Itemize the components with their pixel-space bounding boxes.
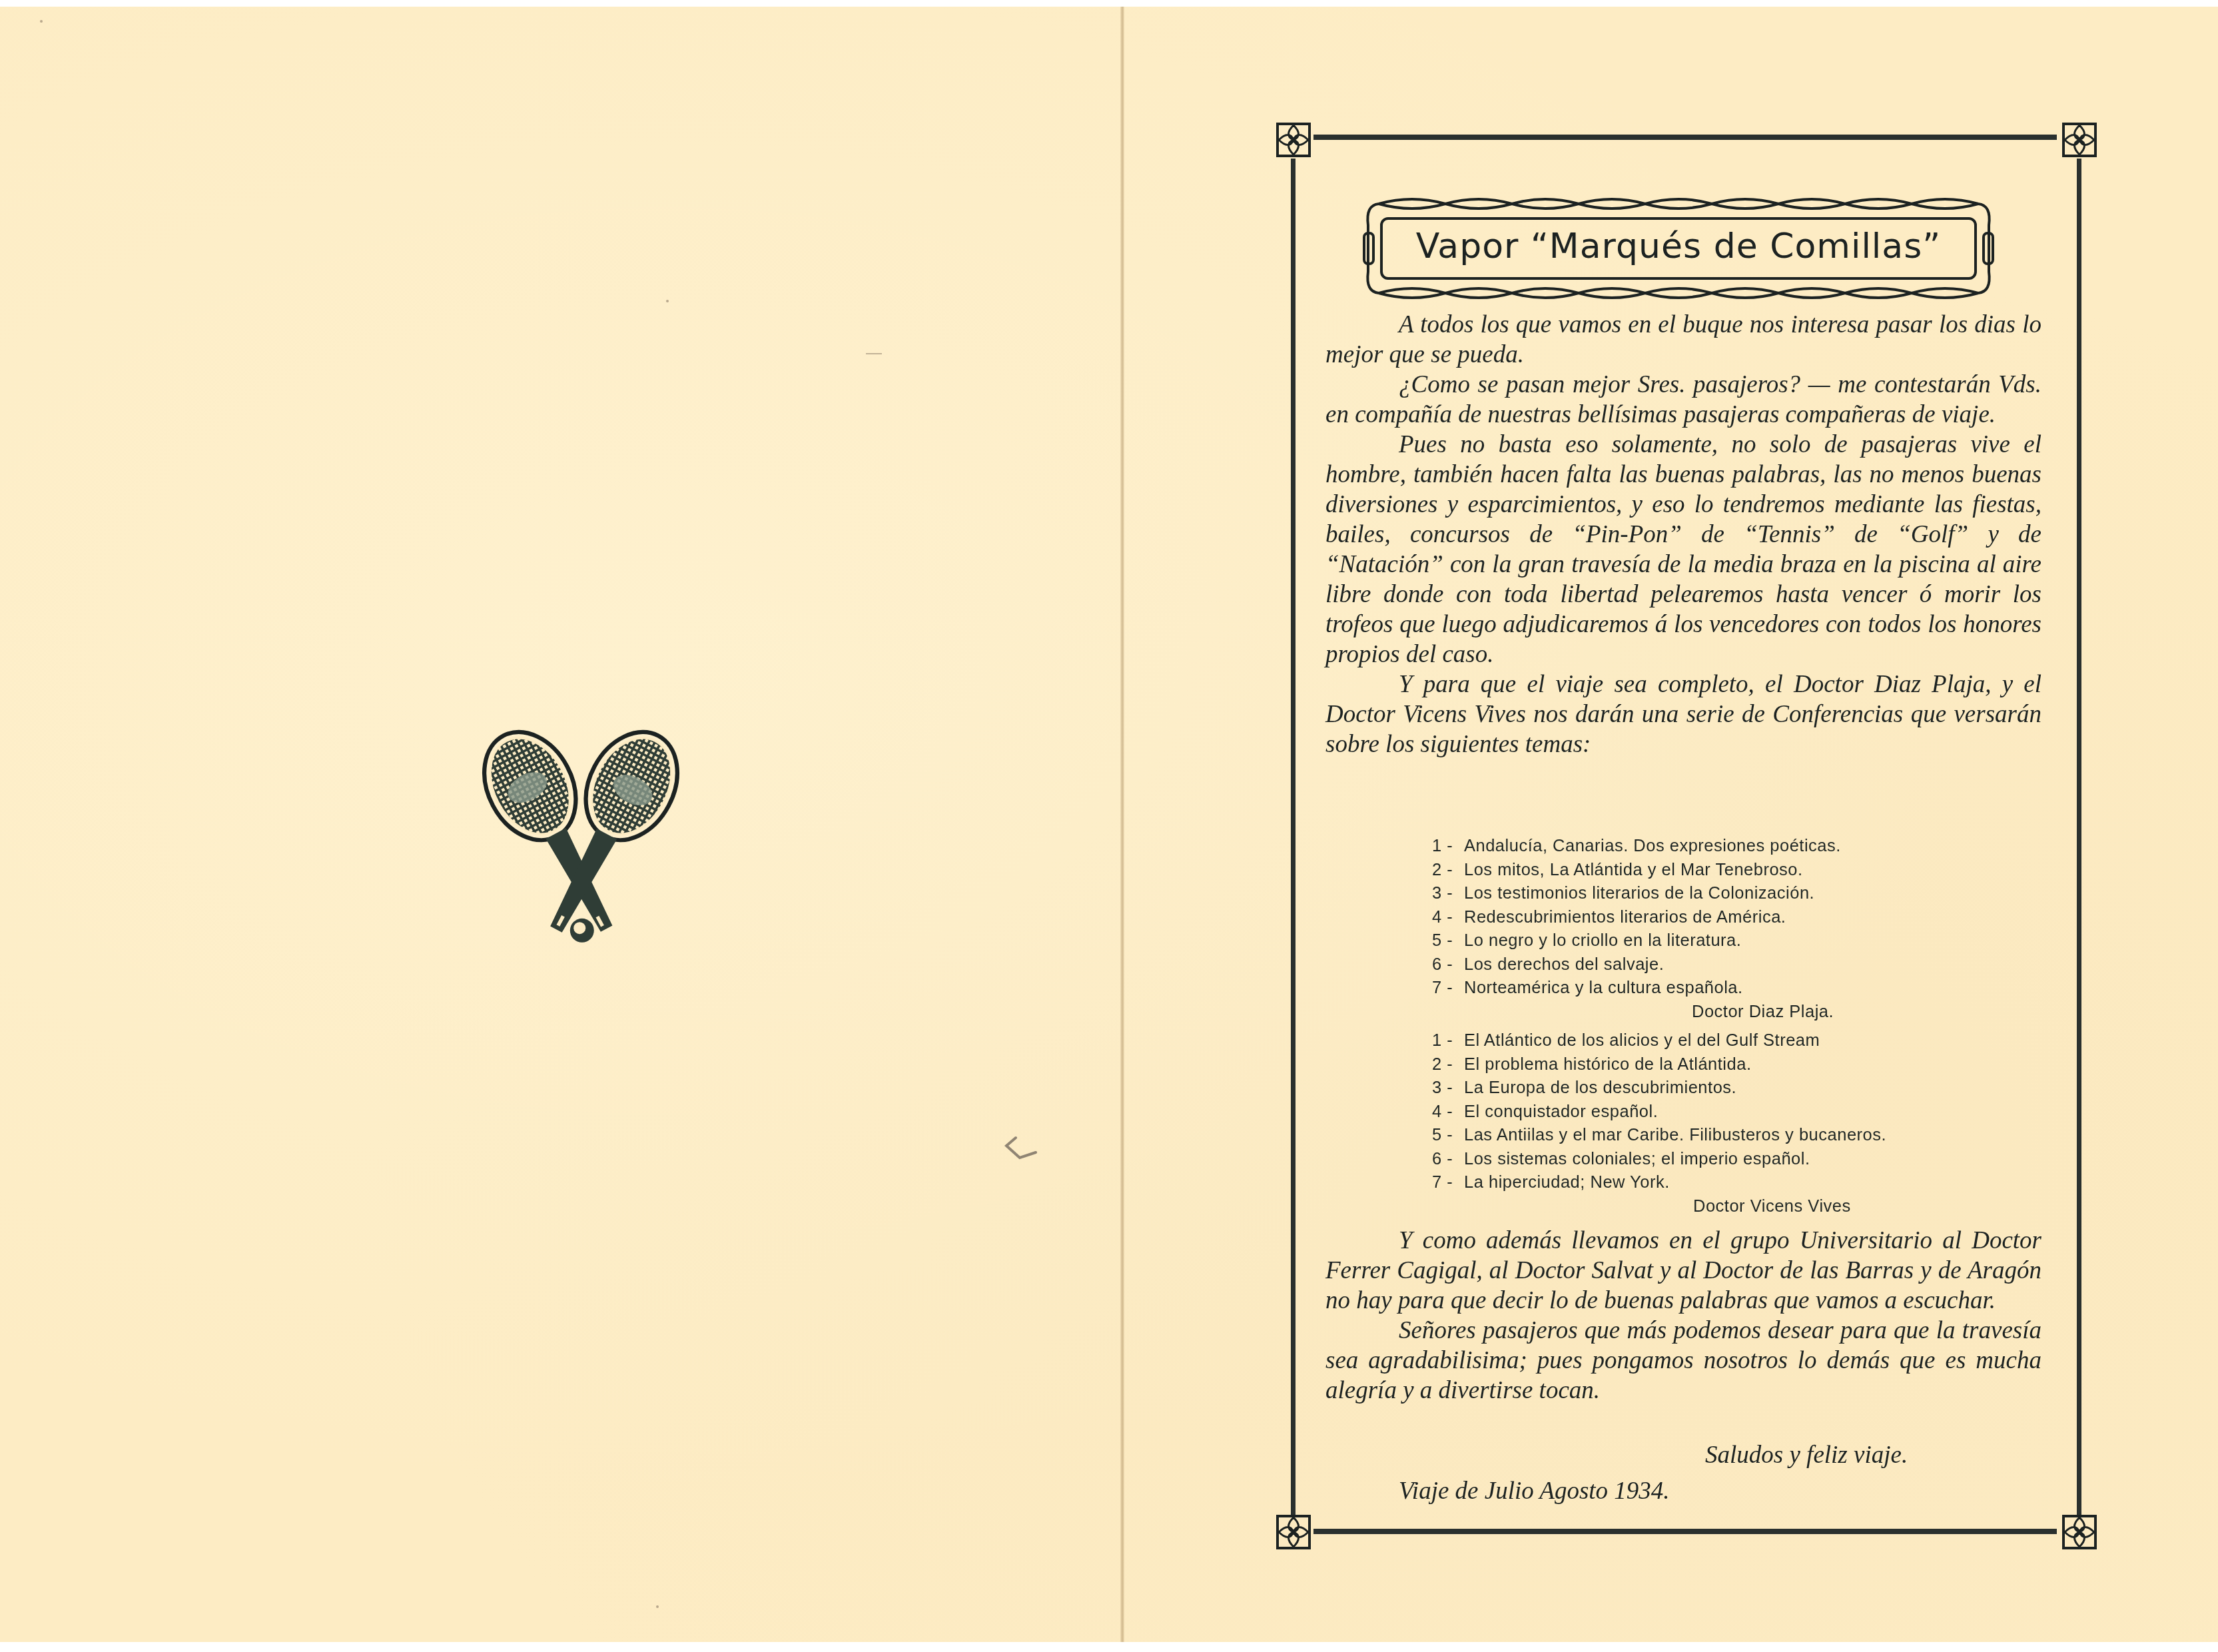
corner-flower-ornament-icon [1275,121,1312,159]
lecture-number: 6 - [1432,1148,1464,1172]
lecture-item: 5 -Las Antiilas y el mar Caribe. Filibus… [1432,1124,2032,1148]
paragraph: Pues no basta eso solamente, no solo de … [1325,430,2041,669]
lecture-number: 5 - [1432,929,1464,953]
frame-border-bottom [1313,1529,2057,1534]
lecture-item: 4 -El conquistador español. [1432,1100,2032,1124]
lecture-number: 7 - [1432,977,1464,1001]
lecture-item: 6 -Los derechos del salvaje. [1432,953,2032,977]
lecture-number: 6 - [1432,953,1464,977]
lecture-title: La Europa de los descubrimientos. [1464,1076,1736,1100]
paragraph: Y como además llevamos en el grupo Unive… [1325,1226,2041,1316]
paper-speck [656,1605,659,1608]
corner-flower-ornament-icon [2061,121,2098,159]
lecture-title: Lo negro y lo criollo en la literatura. [1464,929,1741,953]
frame-border-right [2077,159,2081,1517]
lecture-number: 3 - [1432,1076,1464,1100]
lecture-item: 2 -Los mitos, La Atlántida y el Mar Tene… [1432,859,2032,883]
lecture-item: 7 -Norteamérica y la cultura española. [1432,977,2032,1001]
closing-text: Y como además llevamos en el grupo Unive… [1325,1226,2041,1406]
lecture-number: 1 - [1432,1029,1464,1053]
greeting-line: Saludos y feliz viaje. [1705,1441,1908,1469]
lecture-list-vicens-vives: 1 -El Atlántico de los alicios y el del … [1432,1029,2032,1218]
lecture-number: 4 - [1432,1100,1464,1124]
crossed-tennis-rackets-with-ball-icon [461,719,701,959]
lecture-number: 3 - [1432,882,1464,906]
lecture-title: Los testimonios literarios de la Coloniz… [1464,882,1814,906]
lecture-title: El Atlántico de los alicios y el del Gul… [1464,1029,1820,1053]
paragraph: ¿Como se pasan mejor Sres. pasajeros? — … [1325,370,2041,430]
ink-smudge-mark [1002,1132,1042,1166]
lecture-title: La hiperciudad; New York. [1464,1171,1670,1195]
lecture-title: Los sistemas coloniales; el imperio espa… [1464,1148,1810,1172]
paragraph: Señores pasajeros que más podemos desear… [1325,1316,2041,1406]
dateline: Viaje de Julio Agosto 1934. [1399,1477,1670,1505]
page-title: Vapor “Marqués de Comillas” [1359,226,1998,266]
title-cartouche: Vapor “Marqués de Comillas” [1359,192,1998,305]
paragraph: A todos los que vamos en el buque nos in… [1325,310,2041,370]
lecture-number: 4 - [1432,906,1464,930]
paper-speck [666,300,669,302]
lecture-title: Los mitos, La Atlántida y el Mar Tenebro… [1464,859,1803,883]
lecture-item: 4 -Redescubrimientos literarios de Améri… [1432,906,2032,930]
booklet-spread: Vapor “Marqués de Comillas” A todos los … [0,7,2218,1642]
lecture-title: Andalucía, Canarias. Dos expresiones poé… [1464,835,1841,859]
left-page [0,7,1122,1642]
lecture-title: El conquistador español. [1464,1100,1658,1124]
lecture-number: 2 - [1432,859,1464,883]
lecture-title: Norteamérica y la cultura española. [1464,977,1743,1001]
lecturer-signature: Doctor Vicens Vives [1432,1195,2032,1219]
paper-mark [866,353,882,354]
lecture-item: 6 -Los sistemas coloniales; el imperio e… [1432,1148,2032,1172]
lecture-title: Redescubrimientos literarios de América. [1464,906,1786,930]
lecture-item: 7 -La hiperciudad; New York. [1432,1171,2032,1195]
corner-flower-ornament-icon [1275,1513,1312,1551]
lecture-item: 2 -El problema histórico de la Atlántida… [1432,1053,2032,1077]
lecture-number: 1 - [1432,835,1464,859]
lecture-item: 1 -Andalucía, Canarias. Dos expresiones … [1432,835,2032,859]
lecture-item: 3 -La Europa de los descubrimientos. [1432,1076,2032,1100]
lecture-title: Los derechos del salvaje. [1464,953,1664,977]
lecture-number: 7 - [1432,1171,1464,1195]
lecture-number: 5 - [1432,1124,1464,1148]
lecture-title: Las Antiilas y el mar Caribe. Filibuster… [1464,1124,1886,1148]
lecture-title: El problema histórico de la Atlántida. [1464,1053,1751,1077]
intro-text: A todos los que vamos en el buque nos in… [1325,310,2041,759]
paper-speck [40,20,43,23]
lecture-item: 5 -Lo negro y lo criollo en la literatur… [1432,929,2032,953]
lecture-item: 3 -Los testimonios literarios de la Colo… [1432,882,2032,906]
paragraph: Y para que el viaje sea completo, el Doc… [1325,669,2041,759]
lecture-list-diaz-plaja: 1 -Andalucía, Canarias. Dos expresiones … [1432,835,2032,1024]
frame-border-top [1313,135,2057,140]
lecture-item: 1 -El Atlántico de los alicios y el del … [1432,1029,2032,1053]
frame-border-left [1291,159,1295,1517]
lecture-number: 2 - [1432,1053,1464,1077]
lecturer-signature: Doctor Diaz Plaja. [1432,1001,2032,1025]
corner-flower-ornament-icon [2061,1513,2098,1551]
